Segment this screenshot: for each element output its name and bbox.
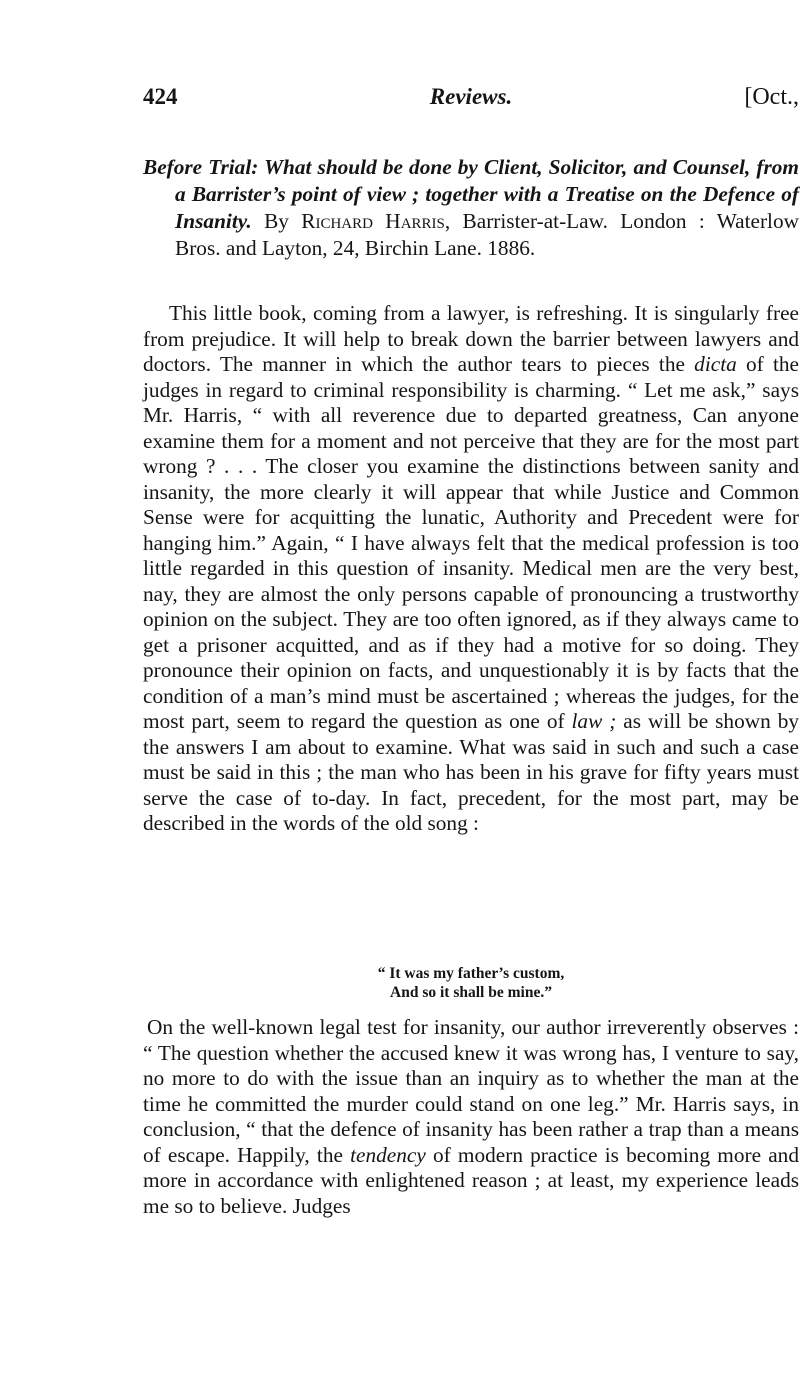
book-citation: Before Trial: What should be done by Cli…	[143, 154, 799, 262]
verse-line-2: And so it shall be mine.”	[143, 983, 799, 1002]
italic-term: tendency	[350, 1143, 426, 1167]
verse-line-1: “ It was my father’s custom,	[143, 964, 799, 983]
verse-quote: “ It was my father’s custom, And so it s…	[143, 964, 799, 1002]
running-head: 424 Reviews. [Oct.,	[143, 84, 799, 114]
italic-term: dicta	[694, 352, 737, 376]
issue-date: [Oct.,	[744, 84, 799, 111]
review-paragraph-2: On the well-known legal test for insanit…	[143, 1015, 799, 1219]
review-paragraph-1: This little book, coming from a lawyer, …	[143, 301, 799, 837]
italic-term: law ;	[572, 709, 617, 733]
paragraph-text: of the judges in regard to criminal resp…	[143, 352, 799, 733]
book-author: Richard Harris	[301, 209, 445, 233]
citation-by: By	[252, 209, 302, 233]
section-title: Reviews.	[143, 84, 799, 110]
